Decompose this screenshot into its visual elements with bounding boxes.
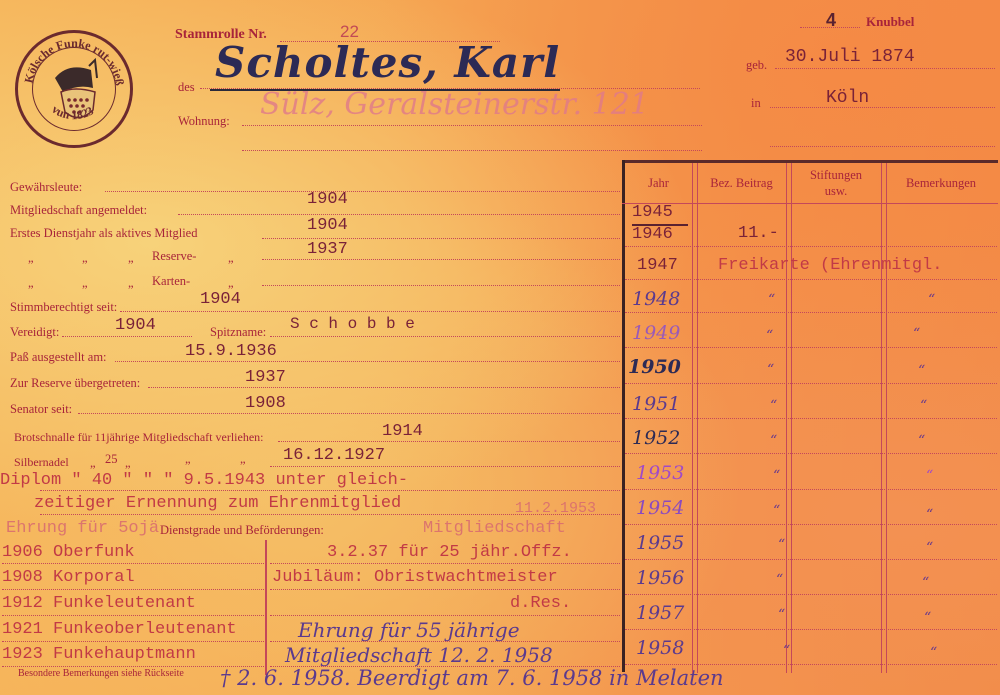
svg-text:Kölsche Funke rut-wieß: Kölsche Funke rut-wieß	[21, 36, 127, 87]
table-header-stiftungen: Stiftungen	[791, 168, 881, 183]
ranks-divider	[265, 540, 267, 675]
vereidigt-dotted-line	[62, 336, 192, 337]
table-row-jahr: 1951	[632, 393, 680, 415]
ditto-mark: „	[128, 251, 134, 266]
karten-dotted-line	[262, 285, 620, 286]
table-row-line	[625, 594, 997, 595]
table-row-line	[625, 629, 997, 630]
ditto-mark: “	[930, 645, 937, 661]
table-row-line	[625, 489, 997, 490]
stimm-dotted-line	[120, 311, 620, 312]
ditto-mark: “	[928, 292, 935, 308]
rank-dotted-line	[2, 563, 264, 564]
ditto-mark: „	[82, 276, 88, 291]
table-row-line	[625, 559, 997, 560]
des-label: des	[178, 80, 195, 95]
ditto-mark: “	[920, 398, 927, 414]
ditto-mark: „	[185, 452, 191, 467]
rank-note-dotted-line	[270, 615, 620, 616]
table-header-stiftungen-2: usw.	[791, 184, 881, 199]
rank-note-dotted-line	[270, 641, 620, 642]
table-row-jahr: 1956	[636, 567, 684, 589]
ditto-mark: “	[926, 468, 933, 484]
table-row-jahr: 1954	[636, 497, 684, 519]
ehrung-right-text: Mitgliedschaft	[423, 519, 566, 538]
ditto-mark: “	[913, 326, 920, 342]
senator-dotted-line	[78, 413, 620, 414]
table-row-line	[625, 664, 997, 665]
ditto-mark: “	[773, 468, 780, 484]
ditto-mark: “	[766, 328, 773, 344]
table-row-jahr: 1945 / 19461945	[632, 203, 673, 222]
erstes-dienstjahr-label: Erstes Dienstjahr als aktives Mitglied	[10, 226, 197, 241]
geb-dotted-line	[775, 68, 995, 69]
city-value: Köln	[826, 88, 869, 108]
ehrung-date: 11.2.1953	[515, 500, 596, 517]
ditto-mark: “	[770, 398, 777, 414]
rank-dotted-line	[2, 641, 264, 642]
wohnung-value: Sülz, Geralsteinerstr. 121	[260, 87, 649, 122]
brot-dotted-line	[278, 441, 620, 442]
table-row-line	[625, 453, 997, 454]
table-row-line	[625, 524, 997, 525]
reserve-label: Reserve-	[152, 249, 196, 264]
spitzname-dotted-line	[270, 336, 620, 337]
in-label: in	[751, 96, 761, 111]
rank-item: 1912 Funkeleutenant	[2, 594, 196, 613]
ehrung-left-text: Ehrung für 5ojä	[6, 519, 159, 538]
reserve-dotted-line	[262, 259, 620, 260]
rank-note: d.Res.	[510, 594, 571, 613]
table-row-jahr: 1958	[636, 637, 684, 659]
dienstgrade-label: Dienstgrade und Beförderungen:	[160, 523, 324, 538]
ditto-mark: „	[125, 456, 131, 471]
ditto-mark: “	[770, 433, 777, 449]
ditto-mark: „	[228, 276, 234, 291]
senator-label: Senator seit:	[10, 402, 72, 417]
table-top-border	[622, 160, 998, 163]
svg-text:vun 1823: vun 1823	[49, 102, 96, 122]
rank-note-dotted-line	[270, 589, 620, 590]
table-row-jahr: 1947	[637, 256, 678, 275]
silbernadel-years: 25	[105, 452, 118, 467]
in-dotted-line	[770, 107, 995, 108]
ditto-mark: „	[90, 456, 96, 471]
table-header-jahr: Jahr	[625, 176, 692, 191]
silbernadel-value: 16.12.1927	[283, 446, 385, 465]
ditto-mark: “	[918, 433, 925, 449]
table-row-jahr: 1957	[636, 602, 684, 624]
vereidigt-label: Vereidigt:	[10, 325, 59, 340]
spitzname-label: Spitzname:	[210, 325, 266, 340]
mitgliedschaft-value: 1904	[307, 190, 348, 209]
diplom-line-1: Diplom " 40 " " " 9.5.1943 unter gleich-	[0, 471, 408, 490]
brotschnalle-value: 1914	[382, 422, 423, 441]
ditto-mark: „	[28, 251, 34, 266]
table-row-line	[625, 347, 997, 348]
gewaehrsleute-label: Gewährsleute:	[10, 180, 82, 195]
rank-note-handwritten: Ehrung für 55 jährige	[298, 618, 520, 642]
ditto-mark: “	[767, 362, 774, 378]
ditto-mark: “	[922, 575, 929, 591]
ditto-mark: “	[768, 292, 775, 308]
table-row-beitrag: Freikarte (Ehrenmitgl.	[718, 256, 942, 275]
ditto-mark: “	[773, 503, 780, 519]
table-row-jahr: 1946	[632, 225, 673, 244]
table-row-jahr: 1953	[636, 462, 684, 484]
table-header-bemerkungen: Bemerkungen	[886, 176, 996, 191]
table-row-line	[625, 246, 997, 247]
rank-note: 3.2.37 für 25 jähr.Offz.	[327, 543, 572, 562]
rank-item: 1906 Oberfunk	[2, 543, 135, 562]
pass-value: 15.9.1936	[185, 342, 277, 361]
rank-note: Jubiläum: Obristwachtmeister	[272, 568, 558, 587]
table-row-jahr: 1950	[628, 356, 681, 378]
ditto-mark: “	[778, 607, 785, 623]
senator-value: 1908	[245, 394, 286, 413]
birth-date: 30.Juli 1874	[785, 47, 915, 67]
erstes-dotted-line	[262, 238, 620, 239]
zur-reserve-label: Zur Reserve übergetreten:	[10, 376, 140, 391]
table-row-jahr: 1949	[632, 322, 680, 344]
zur-reserve-dotted-line	[148, 387, 620, 388]
table-row-line	[625, 279, 997, 280]
brotschnalle-label: Brotschnalle für 11jährige Mitgliedschaf…	[14, 430, 263, 445]
mitgliedschaft-label: Mitgliedschaft angemeldet:	[10, 203, 147, 218]
rank-dotted-line	[2, 615, 264, 616]
ditto-mark: „	[82, 251, 88, 266]
besondere-bemerkungen-note: Besondere Bemerkungen siehe Rückseite	[18, 668, 184, 679]
ditto-mark: “	[778, 537, 785, 553]
pass-dotted-line	[115, 361, 620, 362]
table-row-jahr: 1952	[632, 427, 680, 449]
ditto-mark: “	[926, 540, 933, 556]
ditto-mark: „	[240, 452, 246, 467]
vereidigt-value: 1904	[115, 316, 156, 335]
spitzname-value: S c h o b b e	[290, 315, 415, 333]
member-name: Scholtes, Karl	[215, 38, 560, 87]
wohnung-dotted-line	[242, 125, 702, 126]
knubbel-label: Knubbel	[866, 14, 914, 30]
death-burial-note: † 2. 6. 1958. Beerdigt am 7. 6. 1958 in …	[220, 666, 724, 690]
rank-item: 1921 Funkeoberleutenant	[2, 620, 237, 639]
ditto-mark: „	[28, 276, 34, 291]
funken-seal-icon: Kölsche Funke rut-wieß vun 1823	[15, 30, 133, 148]
table-header-beitrag: Bez. Beitrag	[697, 176, 786, 191]
pass-label: Paß ausgestellt am:	[10, 350, 107, 365]
table-row-line	[625, 418, 997, 419]
rank-dotted-line	[2, 589, 264, 590]
table-row-beitrag: 11.-	[738, 224, 779, 243]
ditto-mark: “	[926, 507, 933, 523]
diplom-dotted-line	[40, 490, 620, 491]
ditto-mark: “	[776, 572, 783, 588]
seal-ring-text: Kölsche Funke rut-wieß vun 1823	[18, 33, 130, 145]
in-dotted-line-2	[770, 146, 995, 147]
table-row-line	[625, 383, 997, 384]
ditto-mark: “	[783, 643, 790, 659]
ditto-mark: „	[228, 251, 234, 266]
ditto-mark: “	[918, 363, 925, 379]
rank-note-handwritten: Mitgliedschaft 12. 2. 1958	[285, 643, 553, 667]
silber-dotted-line	[270, 466, 620, 467]
table-row-jahr: 1955	[636, 532, 684, 554]
table-header-border	[622, 203, 998, 204]
reserve-value: 1937	[307, 240, 348, 259]
diplom-line-2: zeitiger Ernennung zum Ehrenmitglied	[34, 494, 401, 513]
mitgliedschaft-dotted-line	[178, 214, 620, 215]
ditto-mark: „	[128, 276, 134, 291]
stimmberechtigt-label: Stimmberechtigt seit:	[10, 300, 117, 315]
rank-item: 1923 Funkehauptmann	[2, 645, 196, 664]
table-row-line	[625, 312, 997, 313]
table-row-jahr: 1948	[632, 288, 680, 310]
table-left-border	[622, 160, 625, 672]
erstes-dienstjahr-value: 1904	[307, 216, 348, 235]
knubbel-value: 4	[826, 10, 836, 31]
gewaehrsleute-dotted-line	[105, 191, 620, 192]
wohnung-label: Wohnung:	[178, 114, 230, 129]
silbernadel-label: Silbernadel	[14, 455, 69, 470]
rank-note-dotted-line	[270, 563, 620, 564]
stimmberechtigt-value: 1904	[200, 290, 241, 309]
wohnung-dotted-line-2	[242, 150, 702, 151]
zur-reserve-value: 1937	[245, 368, 286, 387]
rank-item: 1908 Korporal	[2, 568, 135, 587]
geb-label: geb.	[746, 58, 767, 73]
karten-label: Karten-	[152, 274, 190, 289]
ditto-mark: “	[924, 610, 931, 626]
